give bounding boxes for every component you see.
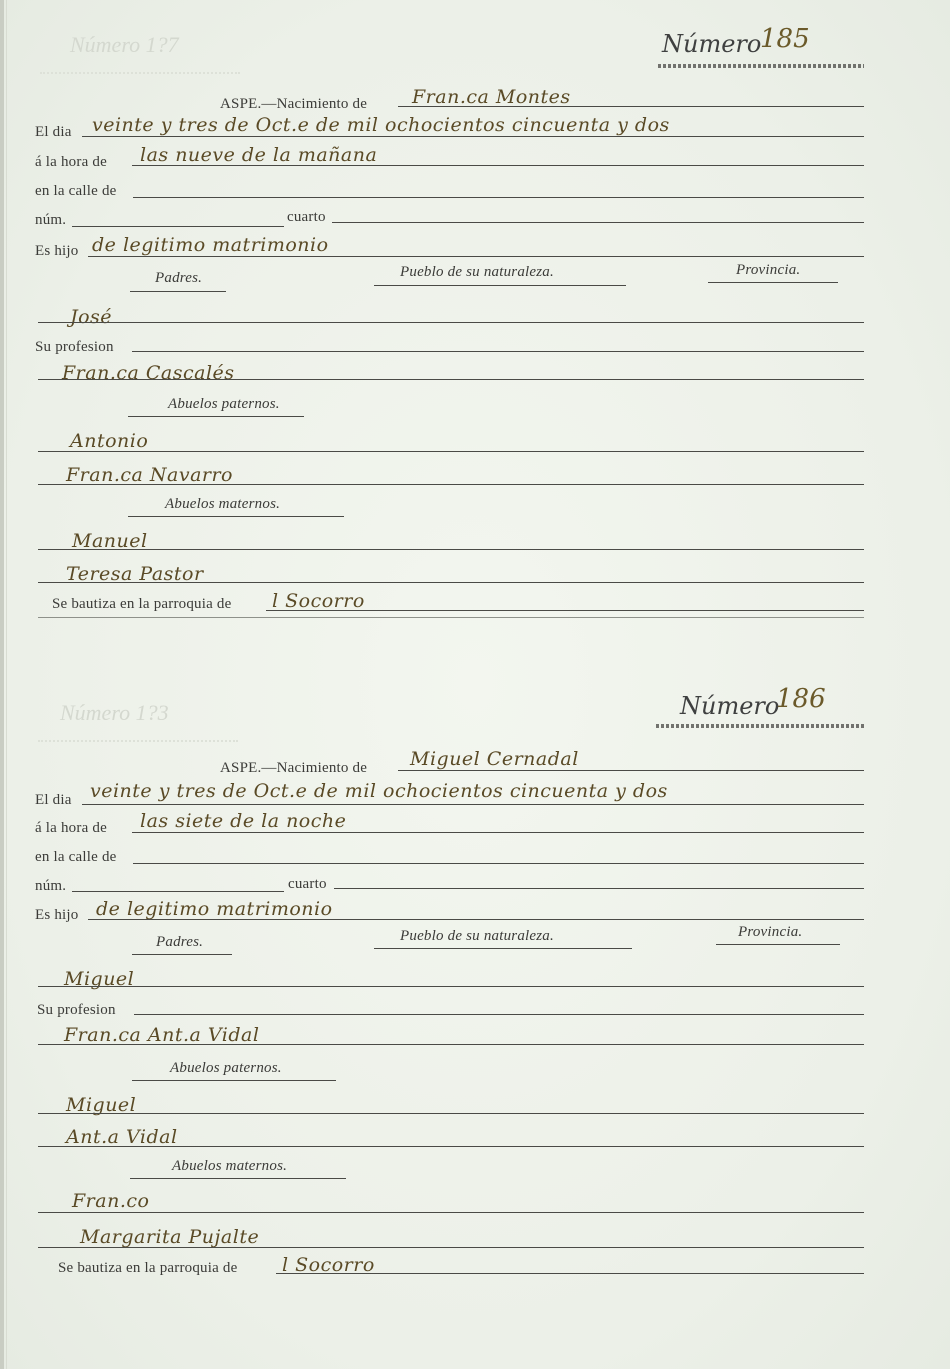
pueblo-label: Pueblo de su naturaleza. [400, 928, 554, 945]
rule [374, 948, 632, 949]
rule [276, 1273, 864, 1274]
rule [374, 285, 626, 286]
ghost-numero-mid: Número 1?3 [60, 700, 169, 726]
nacimiento-value: Miguel Cernadal [410, 748, 579, 770]
abuelos-paternos-label: Abuelos paternos. [168, 396, 280, 413]
hijo-value: de legitimo matrimonio [92, 234, 329, 256]
abuelo-materno-value: Fran.co [72, 1190, 149, 1212]
rule [72, 891, 284, 892]
rule [38, 484, 864, 485]
dia-label: El dia [35, 792, 72, 809]
cuarto-label: cuarto [287, 209, 326, 226]
abuelos-maternos-label: Abuelos maternos. [172, 1158, 287, 1175]
rule [38, 451, 864, 452]
rule [38, 549, 864, 550]
hora-value: las siete de la noche [140, 810, 346, 832]
abuelos-paternos-label: Abuelos paternos. [170, 1060, 282, 1077]
rule [38, 1247, 864, 1248]
dia-label: El dia [35, 124, 72, 141]
page-edge-line [6, 0, 7, 1369]
abuelo-paterno-value: Antonio [70, 430, 148, 452]
rule [38, 986, 864, 987]
rule [38, 1113, 864, 1114]
numero-wavy-rule [656, 724, 864, 728]
hijo-value: de legitimo matrimonio [96, 898, 333, 920]
num-label: núm. [35, 878, 66, 895]
padres-label: Padres. [156, 934, 203, 951]
profesion-label: Su profesion [35, 339, 114, 356]
rule [128, 416, 304, 417]
rule [38, 1212, 864, 1213]
profesion-label: Su profesion [37, 1002, 116, 1019]
numero-label: Número [662, 30, 761, 58]
rule [334, 888, 864, 889]
nacimiento-label: ASPE.—Nacimiento de [220, 760, 367, 777]
rule [708, 282, 838, 283]
hora-label: á la hora de [35, 820, 107, 837]
rule [398, 770, 864, 771]
hijo-label: Es hijo [35, 907, 79, 924]
rule [716, 944, 840, 945]
cuarto-label: cuarto [288, 876, 327, 893]
pueblo-label: Pueblo de su naturaleza. [400, 264, 554, 281]
bautiza-label: Se bautiza en la parroquia de [58, 1260, 237, 1277]
rule [266, 610, 864, 611]
page-edge [0, 0, 4, 1369]
abuela-paterna-value: Ant.a Vidal [66, 1126, 178, 1148]
rule [38, 1146, 864, 1147]
rule [132, 165, 864, 166]
ghost-rule-top [40, 72, 240, 74]
hora-label: á la hora de [35, 154, 107, 171]
rule [82, 804, 864, 805]
madre-value: Fran.ca Ant.a Vidal [64, 1024, 259, 1046]
rule [398, 106, 864, 107]
rule [133, 863, 864, 864]
abuela-paterna-value: Fran.ca Navarro [66, 464, 233, 486]
padre-value: José [70, 306, 112, 328]
rule [134, 1014, 864, 1015]
rule [132, 832, 864, 833]
padres-label: Padres. [155, 270, 202, 287]
rule [88, 919, 864, 920]
dia-value: veinte y tres de Oct.e de mil ochociento… [90, 780, 668, 802]
rule [38, 582, 864, 583]
rule [88, 256, 864, 257]
ghost-rule-mid [38, 740, 238, 742]
ghost-numero-top: Número 1?7 [70, 32, 179, 58]
rule [132, 1080, 336, 1081]
rule [38, 617, 864, 618]
hijo-label: Es hijo [35, 243, 79, 260]
rule [128, 516, 344, 517]
provincia-label: Provincia. [736, 262, 800, 279]
numero-label: Número [680, 692, 779, 720]
numero-value: 185 [760, 24, 810, 54]
rule [38, 379, 864, 380]
numero-value: 186 [776, 684, 826, 714]
provincia-label: Provincia. [738, 924, 802, 941]
rule [130, 291, 226, 292]
rule [132, 351, 864, 352]
calle-label: en la calle de [35, 183, 117, 200]
rule [332, 222, 864, 223]
calle-label: en la calle de [35, 849, 117, 866]
numero-wavy-rule [658, 64, 864, 68]
rule [82, 136, 864, 137]
abuela-materna-value: Margarita Pujalte [80, 1226, 259, 1248]
hora-value: las nueve de la mañana [140, 144, 377, 166]
parroquia-value: l Socorro [272, 590, 365, 612]
rule [72, 226, 284, 227]
madre-value: Fran.ca Cascalés [62, 362, 235, 384]
nacimiento-value: Fran.ca Montes [412, 86, 571, 108]
rule [133, 197, 864, 198]
abuelos-maternos-label: Abuelos maternos. [165, 496, 280, 513]
rule [38, 1044, 864, 1045]
rule [130, 1178, 346, 1179]
dia-value: veinte y tres de Oct.e de mil ochociento… [92, 114, 670, 136]
rule [132, 954, 232, 955]
rule [38, 322, 864, 323]
nacimiento-label: ASPE.—Nacimiento de [220, 96, 367, 113]
registry-page: Número 1?7 Número 1?3 Número 185 ASPE.—N… [0, 0, 950, 1369]
bautiza-label: Se bautiza en la parroquia de [52, 596, 231, 613]
num-label: núm. [35, 212, 66, 229]
